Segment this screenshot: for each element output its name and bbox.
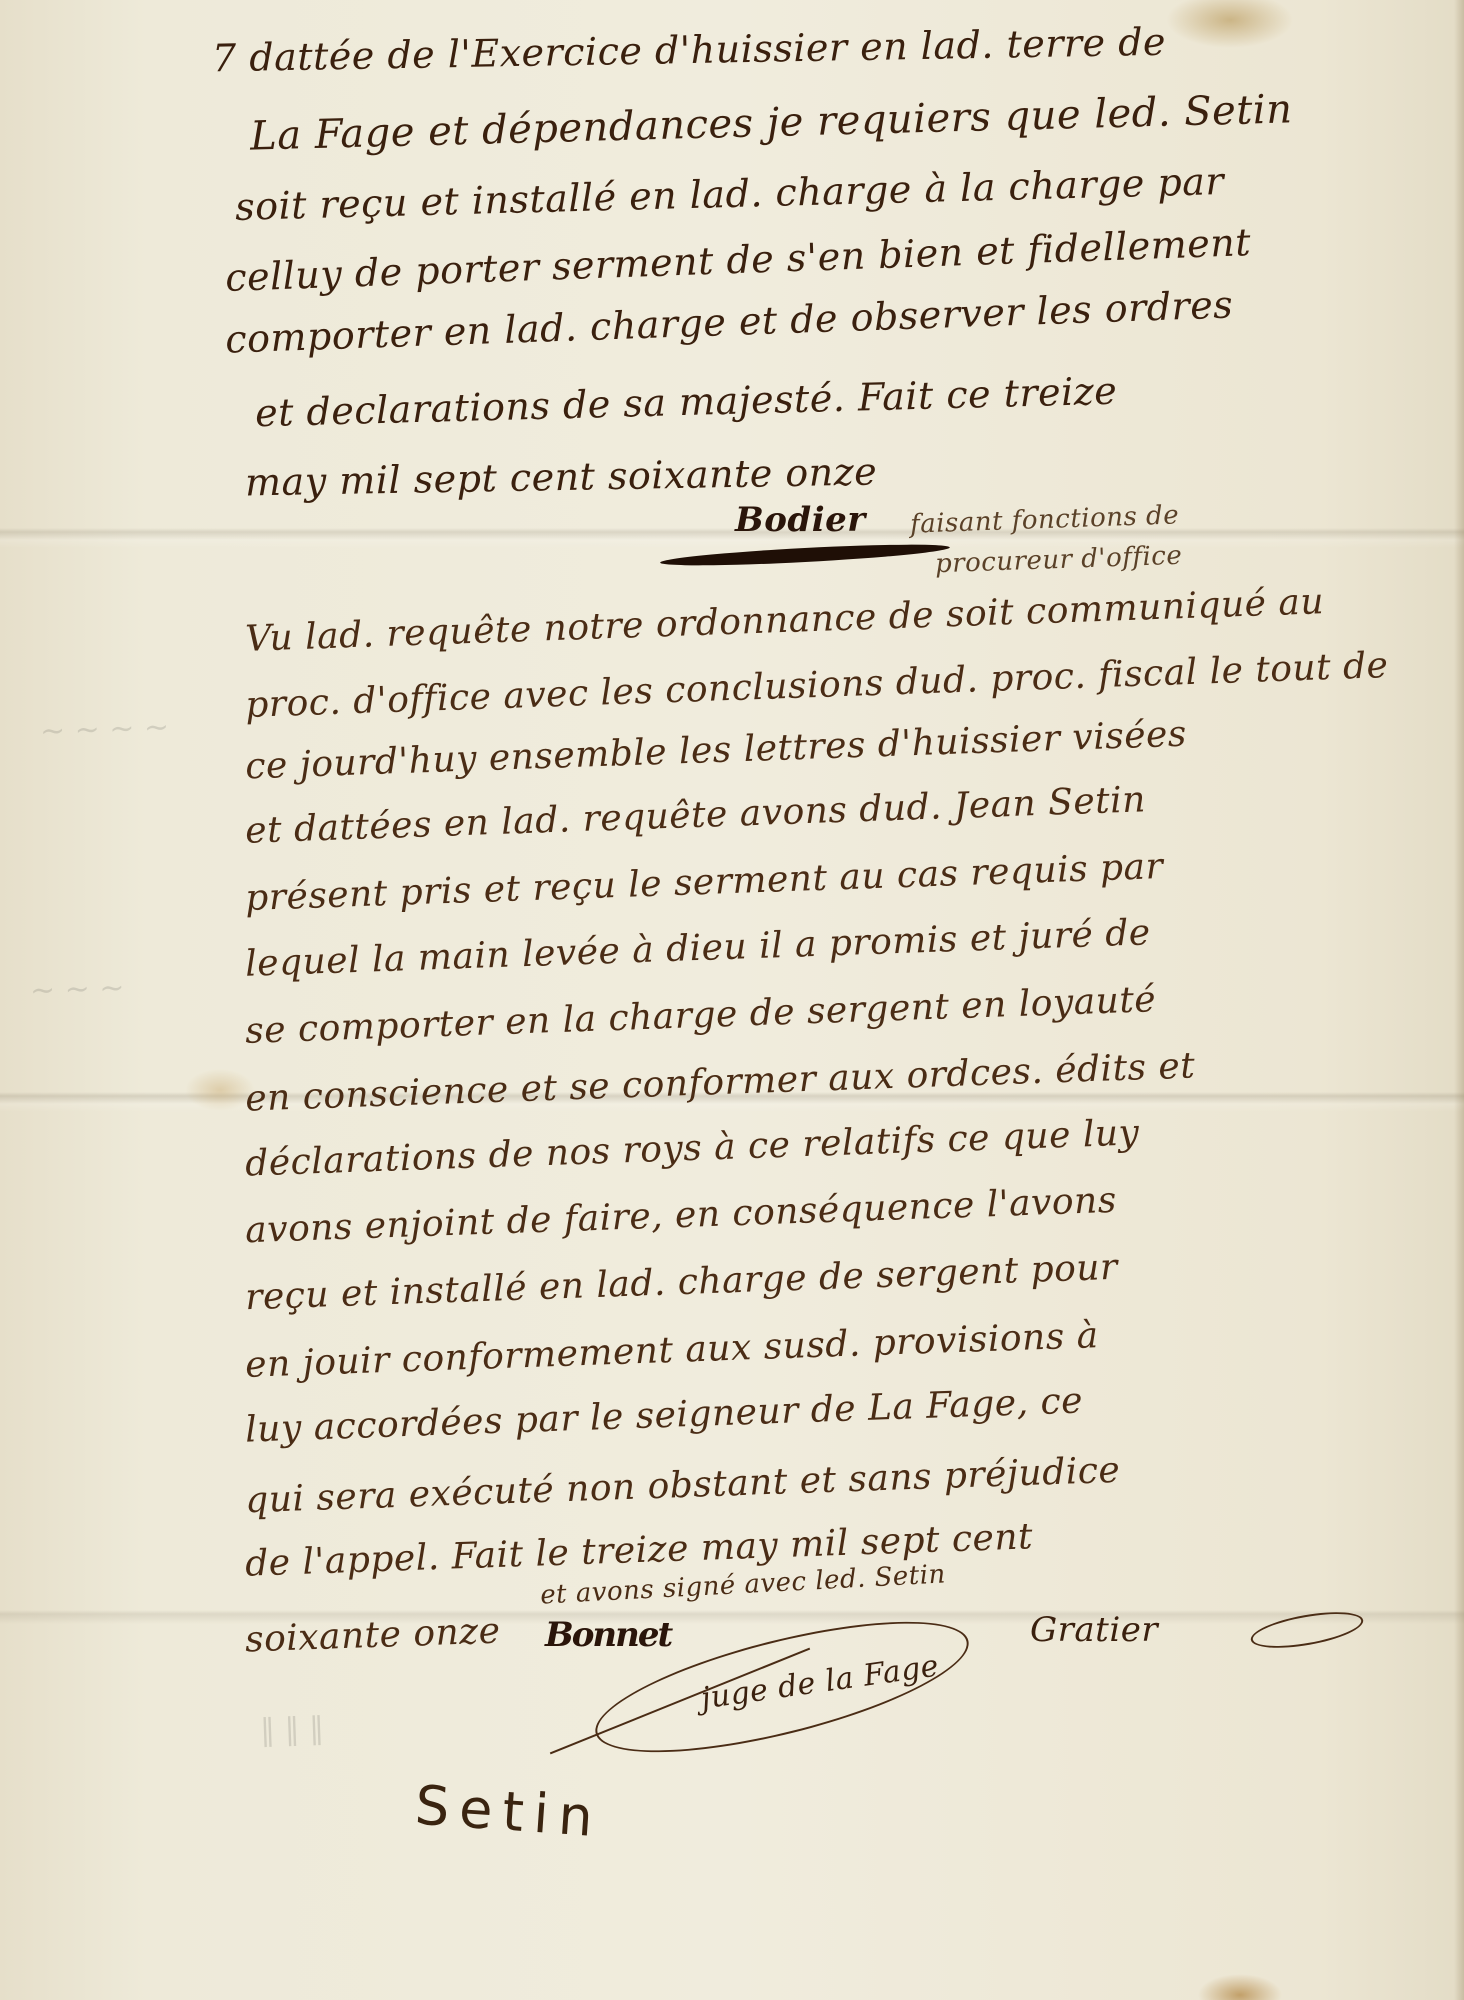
text-line: et declarations de sa majesté. Fait ce t… xyxy=(255,369,1118,436)
text-line: qui sera exécuté non obstant et sans pré… xyxy=(245,1450,1121,1522)
text-line: se comporter en la charge de sergent en … xyxy=(245,979,1157,1052)
text-line: 7 dattée de l'Exercice d'huissier en lad… xyxy=(212,20,1167,81)
text-line: luy accordées par le seigneur de La Fage… xyxy=(245,1380,1084,1450)
signature-flourish xyxy=(1248,1605,1365,1654)
text-line: La Fage et dépendances je requiers que l… xyxy=(250,86,1293,159)
bleed-through-text: ~ ~ ~ ~ xyxy=(39,698,170,762)
text-line: en conscience et se conformer aux ordces… xyxy=(245,1045,1196,1119)
bleed-through-text: ‖ ‖ ‖ xyxy=(259,1699,325,1761)
text-line: soixante onze xyxy=(244,1611,501,1661)
signature-judge: Bonnet xyxy=(545,1615,671,1655)
text-line: en jouir conformement aux susd. provisio… xyxy=(245,1315,1100,1386)
signature-note: procureur d'office xyxy=(935,541,1183,580)
page-edge xyxy=(1454,0,1464,2000)
signature-bodier: Bodier xyxy=(735,500,866,540)
signature-note: faisant fonctions de xyxy=(910,500,1180,539)
text-line: et dattées en lad. requête avons dud. Je… xyxy=(245,779,1147,851)
text-line: lequel la main levée à dieu il a promis … xyxy=(245,912,1152,985)
text-line: avons enjoint de faire, en conséquence l… xyxy=(245,1180,1118,1251)
signature-clerk: Gratier xyxy=(1030,1610,1158,1650)
signature-appointee: Setin xyxy=(413,1774,605,1850)
manuscript-page: ~ ~ ~ ~ ~ ~ ~ ‖ ‖ ‖ 7 dattée de l'Exerci… xyxy=(0,0,1464,2000)
text-line: reçu et installé en lad. charge de serge… xyxy=(245,1247,1119,1318)
text-line: déclarations de nos roys à ce relatifs c… xyxy=(245,1112,1140,1184)
text-line: présent pris et reçu le serment au cas r… xyxy=(245,846,1164,919)
text-line: Vu lad. requête notre ordonnance de soit… xyxy=(245,581,1325,660)
text-line: proc. d'office avec les conclusions dud.… xyxy=(245,645,1389,726)
bleed-through-text: ~ ~ ~ xyxy=(29,958,126,1021)
text-line: ce jourd'huy ensemble les lettres d'huis… xyxy=(245,714,1188,788)
text-line: soit reçu et installé en lad. charge à l… xyxy=(235,159,1225,229)
signature-flourish xyxy=(660,540,950,569)
text-line: may mil sept cent soixante onze xyxy=(245,449,878,504)
